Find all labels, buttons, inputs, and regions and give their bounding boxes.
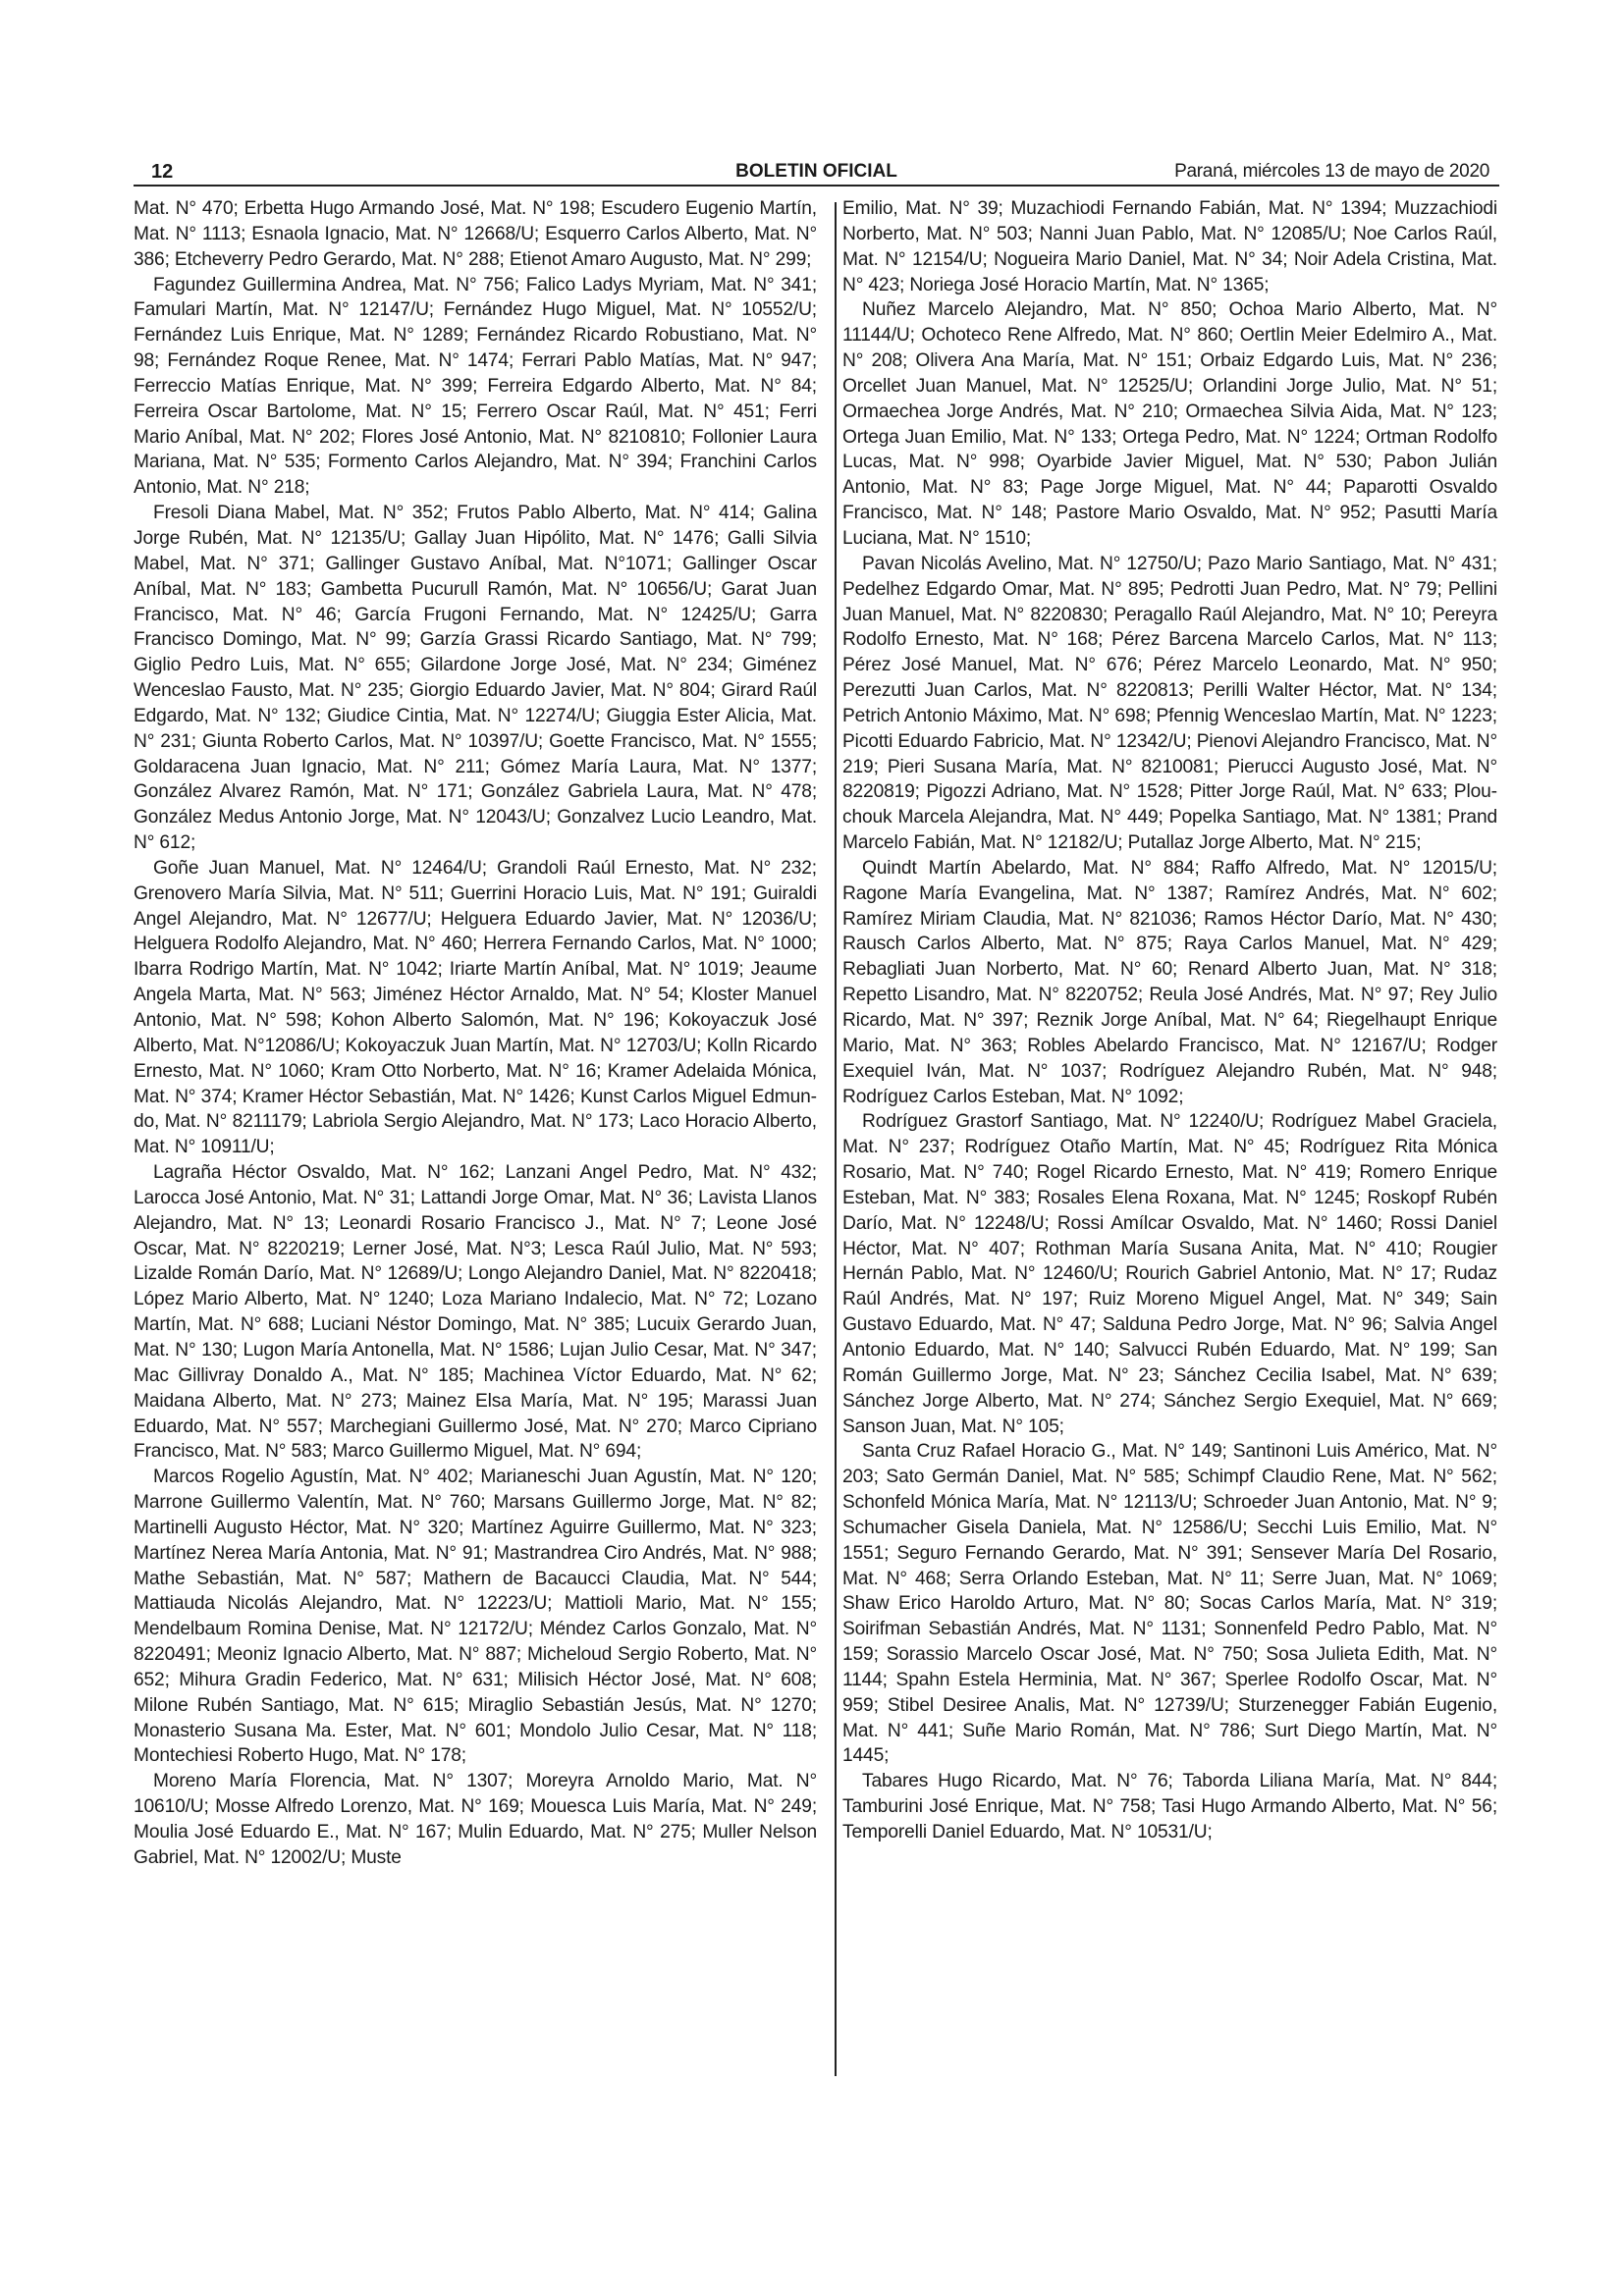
paragraph: Moreno María Florencia, Mat. N° 1307; Mo… <box>134 1769 817 1870</box>
column-divider <box>835 202 837 2076</box>
paragraph: Emilio, Mat. N° 39; Muzachiodi Fernando … <box>842 196 1497 297</box>
paragraph: Fagundez Guillermina Andrea, Mat. N° 756… <box>134 273 817 502</box>
left-column: Mat. N° 470; Erbetta Hugo Armando José, … <box>134 196 817 1871</box>
publication-date: Paraná, miércoles 13 de mayo de 2020 <box>1174 161 1489 183</box>
paragraph: Marcos Rogelio Agustín, Mat. N° 402; Mar… <box>134 1465 817 1769</box>
paragraph: Quindt Martín Abelardo, Mat. N° 884; Raf… <box>842 856 1497 1109</box>
paragraph: Tabares Hugo Ricardo, Mat. N° 76; Tabord… <box>842 1769 1497 1845</box>
page-header: 12 BOLETIN OFICIAL Paraná, miércoles 13 … <box>134 159 1499 187</box>
paragraph: Lagraña Héctor Osvaldo, Mat. N° 162; Lan… <box>134 1160 817 1465</box>
paragraph: Pavan Nicolás Avelino, Mat. N° 12750/U; … <box>842 552 1497 856</box>
paragraph: Mat. N° 470; Erbetta Hugo Armando José, … <box>134 196 817 273</box>
paragraph: Goñe Juan Manuel, Mat. N° 12464/U; Grand… <box>134 856 817 1160</box>
paragraph: Rodríguez Grastorf Santiago, Mat. N° 122… <box>842 1109 1497 1439</box>
paragraph: Nuñez Marcelo Alejandro, Mat. N° 850; Oc… <box>842 297 1497 551</box>
right-column: Emilio, Mat. N° 39; Muzachiodi Fernando … <box>842 196 1497 1845</box>
paragraph: Fresoli Diana Mabel, Mat. N° 352; Frutos… <box>134 501 817 856</box>
paragraph: Santa Cruz Rafael Horacio G., Mat. N° 14… <box>842 1439 1497 1769</box>
